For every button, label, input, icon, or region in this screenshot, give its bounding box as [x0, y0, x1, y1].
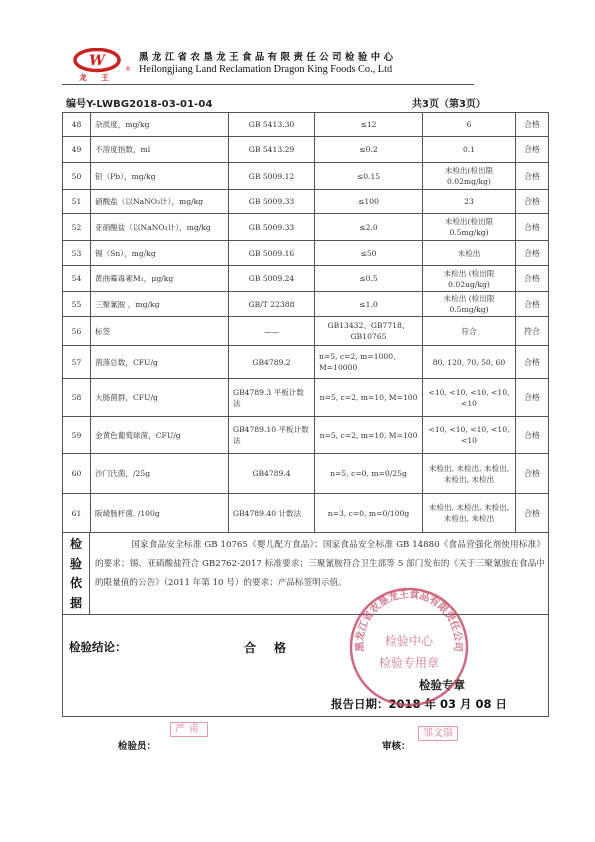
requirement-cell: ≤0.15 — [315, 163, 423, 190]
verdict-cell: 合格 — [516, 346, 549, 379]
table-row: 61阪崎肠杆菌, /100gGB4789.40 计数法n=3, c=0, m=0… — [63, 494, 549, 533]
test-item-cell: 不溶度指数，ml — [91, 137, 229, 163]
test-item-cell: 沙门氏菌，/25g — [91, 454, 229, 494]
row-number-cell: 50 — [63, 163, 91, 190]
table-row: 49不溶度指数，mlGB 5413.29≤0.20.1合格 — [63, 137, 549, 163]
inspection-basis: 检 验 依 据 国家食品安全标准 GB 10765《婴儿配方食品》；国家食品安全… — [62, 532, 549, 615]
result-cell: 未检出 (检出限0.02ug/kg) — [423, 266, 516, 292]
table-row: 56标签——GB13432、GB7718、GB10765符合符合 — [63, 317, 549, 346]
row-number-cell: 51 — [63, 190, 91, 214]
table-row: 51硝酸盐（以NaNO₃计），mg/kgGB 5009.33≤10023合格 — [63, 190, 549, 214]
test-method-cell: GB4789.2 — [229, 346, 315, 379]
verdict-cell: 合格 — [516, 137, 549, 163]
verdict-cell: 合格 — [516, 379, 549, 417]
verdict-cell: 合格 — [516, 292, 549, 317]
inspector-signature-stamp: 严甫 — [170, 722, 208, 737]
header-divider — [62, 84, 474, 85]
test-method-cell: GB/T 22388 — [229, 292, 315, 317]
conclusion-value: 合格 — [244, 639, 304, 656]
result-cell: 23 — [423, 190, 516, 214]
test-item-cell: 杂质度，mg/kg — [91, 113, 229, 137]
reviewer-signature-stamp: 邹文瑞 — [418, 726, 458, 741]
row-number-cell: 55 — [63, 292, 91, 317]
verdict-cell: 合格 — [516, 417, 549, 454]
table-row: 59金黄色葡萄球菌，CFU/gGB4789.10 平板计数法n=5, c=2, … — [63, 417, 549, 454]
table-row: 58大肠菌群，CFU/gGB4789.3 平板计数法n=5, c=2, m=10… — [63, 379, 549, 417]
test-item-cell: 阪崎肠杆菌, /100g — [91, 494, 229, 533]
requirement-cell: n=5, c=2, m=10, M=100 — [315, 379, 423, 417]
page-indicator: 共3页（第3页） — [412, 95, 486, 110]
company-logo: W 龙 王 — [72, 48, 122, 82]
svg-text:检验中心: 检验中心 — [385, 633, 434, 648]
requirement-cell: n=5, c=0, m=0/25g — [315, 454, 423, 494]
test-item-cell: 黄曲霉毒素M₁，μg/kg — [91, 266, 229, 292]
company-name-cn: 黑龙江省农垦龙王食品有限责任公司检验中心 — [139, 49, 397, 63]
verdict-cell: 合格 — [516, 163, 549, 190]
test-item-cell: 金黄色葡萄球菌，CFU/g — [91, 417, 229, 454]
row-number-cell: 56 — [63, 317, 91, 346]
requirement-cell: ≤0.2 — [315, 137, 423, 163]
registered-mark-icon: ® — [125, 66, 131, 73]
requirement-cell: ≤12 — [315, 113, 423, 137]
test-item-cell: 大肠菌群，CFU/g — [91, 379, 229, 417]
table-row: 55三聚氰胺 ，mg/kgGB/T 22388≤1.0未检出 (检出限0.5mg… — [63, 292, 549, 317]
test-method-cell: GB4789.4 — [229, 454, 315, 494]
result-cell: <10, <10, <10, <10, <10 — [423, 417, 516, 454]
test-method-cell: GB4789.3 平板计数法 — [229, 379, 315, 417]
row-number-cell: 52 — [63, 214, 91, 241]
row-number-cell: 49 — [63, 137, 91, 163]
inspector-label: 检验员： — [118, 738, 156, 752]
result-cell: 未检出, 未检出, 未检出, 未检出, 未检出 — [423, 454, 516, 494]
test-method-cell: GB 5009.16 — [229, 241, 315, 266]
requirement-cell: n=5, c=2, m=1000, M=10000 — [315, 346, 423, 379]
result-cell: 未检出 (检出限0.5mg/kg) — [423, 292, 516, 317]
row-number-cell: 53 — [63, 241, 91, 266]
result-cell: 未检出(检出限0.02mg/kg) — [423, 163, 516, 190]
row-number-cell: 57 — [63, 346, 91, 379]
test-method-cell: GB 5413.29 — [229, 137, 315, 163]
verdict-cell: 合格 — [516, 190, 549, 214]
table-row: 52亚硝酸盐（以NaNO₂计），mg/kgGB 5009.33≤2.0未检出(检… — [63, 214, 549, 241]
verdict-cell: 合格 — [516, 214, 549, 241]
table-row: 48杂质度，mg/kgGB 5413.30≤126合格 — [63, 113, 549, 137]
requirement-cell: ≤1.0 — [315, 292, 423, 317]
table-row: 57菌落总数，CFU/gGB4789.2n=5, c=2, m=1000, M=… — [63, 346, 549, 379]
result-cell: 符合 — [423, 317, 516, 346]
svg-text:W: W — [89, 53, 106, 69]
table-row: 50铅（Pb），mg/kgGB 5009.12≤0.15未检出(检出限0.02m… — [63, 163, 549, 190]
row-number-cell: 59 — [63, 417, 91, 454]
inspection-conclusion: 检验结论： 合格 检验专章 报告日期：2018 年 03 月 08 日 — [62, 614, 549, 717]
result-cell: 6 — [423, 113, 516, 137]
requirement-cell: n=5, c=2, m=10, M=100 — [315, 417, 423, 454]
row-number-cell: 48 — [63, 113, 91, 137]
test-item-cell: 三聚氰胺 ，mg/kg — [91, 292, 229, 317]
result-cell: 未检出 — [423, 241, 516, 266]
row-number-cell: 60 — [63, 454, 91, 494]
result-cell: <10, <10, <10, <10, <10 — [423, 379, 516, 417]
test-item-cell: 菌落总数，CFU/g — [91, 346, 229, 379]
row-number-cell: 58 — [63, 379, 91, 417]
result-cell: 0.1 — [423, 137, 516, 163]
test-method-cell: GB 5009.33 — [229, 190, 315, 214]
svg-text:检验专用章: 检验专用章 — [379, 655, 439, 670]
requirement-cell: n=3, c=0, m=0/100g — [315, 494, 423, 533]
test-item-cell: 标签 — [91, 317, 229, 346]
test-method-cell: GB4789.10 平板计数法 — [229, 417, 315, 454]
test-method-cell: GB 5413.30 — [229, 113, 315, 137]
row-number-cell: 54 — [63, 266, 91, 292]
requirement-cell: ≤50 — [315, 241, 423, 266]
results-table: 48杂质度，mg/kgGB 5413.30≤126合格49不溶度指数，mlGB … — [62, 112, 549, 533]
report-number: 编号Y-LWBG2018-03-01-04 — [66, 95, 213, 110]
svg-text:龙 王: 龙 王 — [79, 72, 115, 82]
test-method-cell: GB 5009.24 — [229, 266, 315, 292]
verdict-cell: 合格 — [516, 266, 549, 292]
requirement-cell: GB13432、GB7718、GB10765 — [315, 317, 423, 346]
reviewer-label: 审核： — [382, 738, 411, 752]
verdict-cell: 合格 — [516, 494, 549, 533]
test-item-cell: 铅（Pb），mg/kg — [91, 163, 229, 190]
test-method-cell: GB 5009.33 — [229, 214, 315, 241]
requirement-cell: ≤100 — [315, 190, 423, 214]
conclusion-label: 检验结论： — [69, 639, 127, 655]
row-number-cell: 61 — [63, 494, 91, 533]
test-item-cell: 硝酸盐（以NaNO₃计），mg/kg — [91, 190, 229, 214]
test-item-cell: 锡（Sn），mg/kg — [91, 241, 229, 266]
basis-text: 国家食品安全标准 GB 10765《婴儿配方食品》；国家食品安全标准 GB 14… — [95, 536, 545, 593]
verdict-cell: 合格 — [516, 113, 549, 137]
basis-label: 检 验 依 据 — [63, 532, 90, 614]
requirement-cell: ≤0.5 — [315, 266, 423, 292]
verdict-cell: 合格 — [516, 241, 549, 266]
verdict-cell: 合格 — [516, 454, 549, 494]
test-item-cell: 亚硝酸盐（以NaNO₂计），mg/kg — [91, 214, 229, 241]
table-row: 54黄曲霉毒素M₁，μg/kgGB 5009.24≤0.5未检出 (检出限0.0… — [63, 266, 549, 292]
company-name-en: Heilongjiang Land Reclamation Dragon Kin… — [139, 64, 392, 75]
test-method-cell: GB4789.40 计数法 — [229, 494, 315, 533]
table-row: 60沙门氏菌，/25gGB4789.4n=5, c=0, m=0/25g未检出,… — [63, 454, 549, 494]
requirement-cell: ≤2.0 — [315, 214, 423, 241]
official-seal-icon: 黑龙江省农垦龙王食品有限责任公司 检验中心 检验专用章 — [345, 583, 473, 711]
result-cell: 未检出, 未检出, 未检出, 未检出, 未检出 — [423, 494, 516, 533]
verdict-cell: 符合 — [516, 317, 549, 346]
test-method-cell: GB 5009.12 — [229, 163, 315, 190]
table-row: 53锡（Sn），mg/kgGB 5009.16≤50未检出合格 — [63, 241, 549, 266]
result-cell: 未检出(检出限0.5mg/kg) — [423, 214, 516, 241]
result-cell: 80, 120, 70, 50, 60 — [423, 346, 516, 379]
test-method-cell: —— — [229, 317, 315, 346]
